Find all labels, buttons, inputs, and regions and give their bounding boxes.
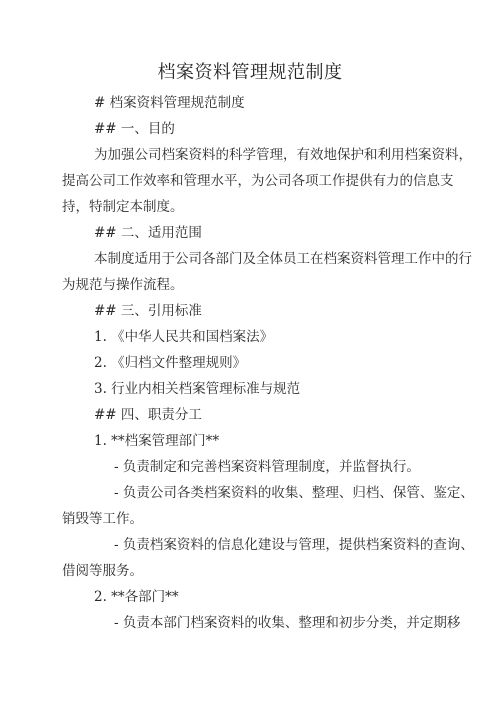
numbered-list-item: 1. **档案管理部门** <box>94 432 219 450</box>
section-heading: ## 四、职责分工 <box>94 406 202 424</box>
section-heading: ## 三、引用标准 <box>94 302 202 320</box>
paragraph-continuation-line: 借阅等服务。 <box>62 562 143 580</box>
paragraph-continuation-line: 提高公司工作效率和管理水平，为公司各项工作提供有力的信息支 <box>62 172 454 190</box>
section-heading: ## 一、目的 <box>94 120 175 138</box>
paragraph-continuation-line: 为规范与操作流程。 <box>62 276 184 294</box>
paragraph-line: 为加强公司档案资料的科学管理，有效地保护和利用档案资料， <box>94 146 472 164</box>
document-title: 档案资料管理规范制度 <box>0 62 500 84</box>
bullet-sub-item: - 负责本部门档案资料的收集、整理和初步分类，并定期移 <box>114 614 460 632</box>
numbered-list-item: 2. 《归档文件整理规则》 <box>94 354 246 372</box>
paragraph-line: 本制度适用于公司各部门及全体员工在档案资料管理工作中的行 <box>94 250 472 268</box>
bullet-sub-item: - 负责档案资料的信息化建设与管理，提供档案资料的查询、 <box>114 536 474 554</box>
document-page: 档案资料管理规范制度 # 档案资料管理规范制度## 一、目的为加强公司档案资料的… <box>0 0 500 707</box>
numbered-list-item: 3. 行业内相关档案管理标准与规范 <box>94 380 300 398</box>
paragraph-continuation-line: 销毁等工作。 <box>62 510 143 528</box>
bullet-sub-item: - 负责制定和完善档案资料管理制度，并监督执行。 <box>114 458 420 476</box>
markdown-heading-line: # 档案资料管理规范制度 <box>94 94 245 112</box>
bullet-sub-item: - 负责公司各类档案资料的收集、整理、归档、保管、鉴定、 <box>114 484 474 502</box>
numbered-list-item: 1. 《中华人民共和国档案法》 <box>94 328 273 346</box>
paragraph-continuation-line: 持，特制定本制度。 <box>62 198 184 216</box>
section-heading: ## 二、适用范围 <box>94 224 202 242</box>
numbered-list-item: 2. **各部门** <box>94 588 179 606</box>
